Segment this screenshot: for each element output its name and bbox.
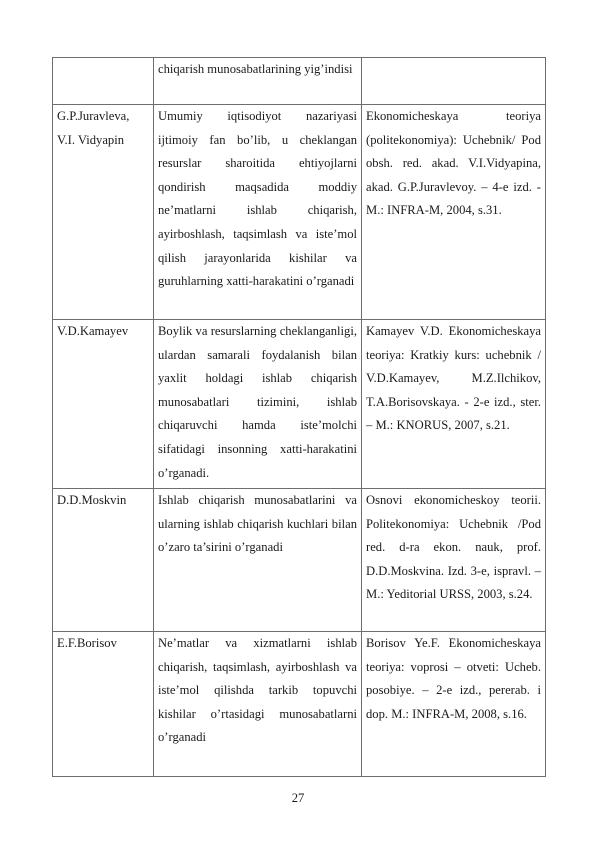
- definition-text: Umumiy iqtisodiyot nazariyasi ijtimoiy f…: [158, 105, 357, 294]
- definition-cell: Boylik va resurslarning cheklanganligi, …: [154, 320, 362, 489]
- table-row: G.P.Juravleva, V.I. Vidyapin Umumiy iqti…: [53, 105, 546, 320]
- source-text: Ekonomicheskaya teoriya (politekonomiya)…: [366, 105, 541, 223]
- table-row: D.D.Moskvin Ishlab chiqarish munosabatla…: [53, 489, 546, 632]
- source-cell: Kamayev V.D. Ekonomicheskaya teoriya: Kr…: [362, 320, 546, 489]
- definitions-table: chiqarish munosabatlarining yig’indisi G…: [52, 57, 546, 777]
- definition-cell: Ishlab chiqarish munosabatlarini va ular…: [154, 489, 362, 632]
- author-cell: D.D.Moskvin: [53, 489, 154, 632]
- source-cell: Osnovi ekonomicheskoy teorii. Politekono…: [362, 489, 546, 632]
- source-text: Borisov Ye.F. Ekonomicheskaya teoriya: v…: [366, 632, 541, 726]
- definition-cell: Umumiy iqtisodiyot nazariyasi ijtimoiy f…: [154, 105, 362, 320]
- source-cell: [362, 58, 546, 105]
- table-row: chiqarish munosabatlarining yig’indisi: [53, 58, 546, 105]
- table-row: V.D.Kamayev Boylik va resurslarning chek…: [53, 320, 546, 489]
- author-text: E.F.Borisov: [57, 632, 149, 656]
- author-cell: E.F.Borisov: [53, 632, 154, 777]
- definition-cell: Ne’matlar va xizmatlarni ishlab chiqaris…: [154, 632, 362, 777]
- definition-text: Boylik va resurslarning cheklanganligi, …: [158, 320, 357, 485]
- table-row: E.F.Borisov Ne’matlar va xizmatlarni ish…: [53, 632, 546, 777]
- source-text: Osnovi ekonomicheskoy teorii. Politekono…: [366, 489, 541, 607]
- page-number: 27: [0, 791, 596, 806]
- definition-text: Ishlab chiqarish munosabatlarini va ular…: [158, 489, 357, 560]
- source-cell: Ekonomicheskaya teoriya (politekonomiya)…: [362, 105, 546, 320]
- source-text: Kamayev V.D. Ekonomicheskaya teoriya: Kr…: [366, 320, 541, 438]
- definition-text: Ne’matlar va xizmatlarni ishlab chiqaris…: [158, 632, 357, 750]
- source-cell: Borisov Ye.F. Ekonomicheskaya teoriya: v…: [362, 632, 546, 777]
- author-text: D.D.Moskvin: [57, 489, 149, 513]
- author-cell: G.P.Juravleva, V.I. Vidyapin: [53, 105, 154, 320]
- definition-cell: chiqarish munosabatlarining yig’indisi: [154, 58, 362, 105]
- author-text: V.D.Kamayev: [57, 320, 149, 344]
- author-cell: V.D.Kamayev: [53, 320, 154, 489]
- author-text: G.P.Juravleva, V.I. Vidyapin: [57, 105, 149, 152]
- definition-text: chiqarish munosabatlarining yig’indisi: [158, 58, 357, 82]
- author-cell: [53, 58, 154, 105]
